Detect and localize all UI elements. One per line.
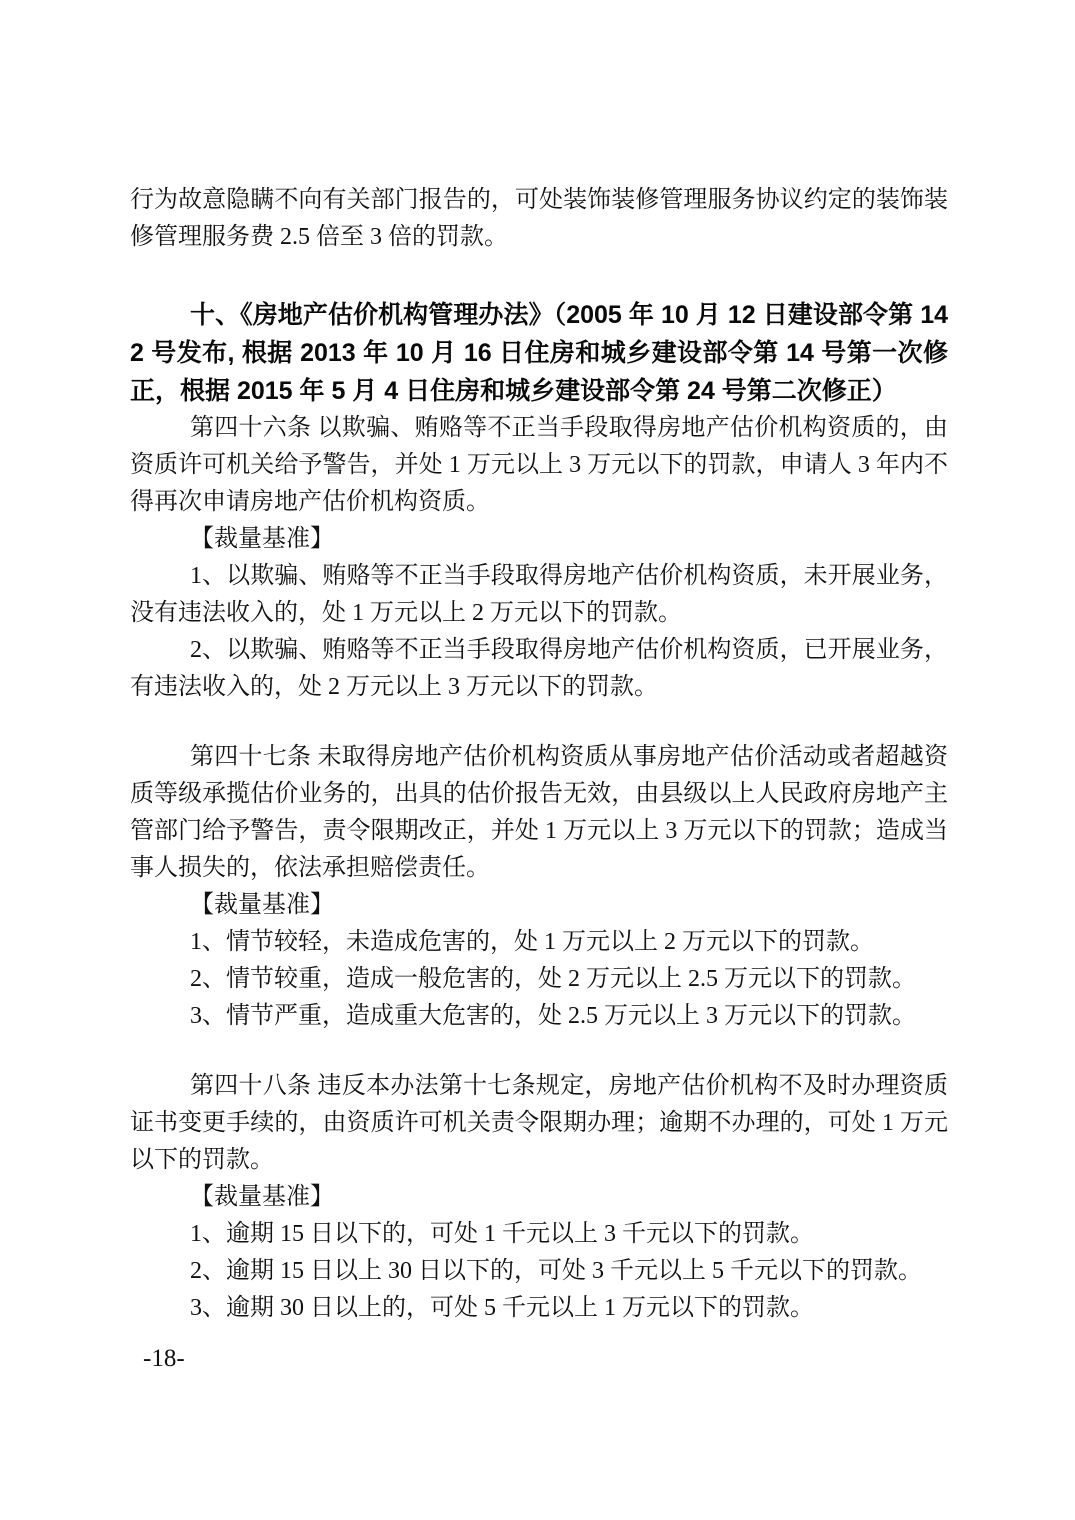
article-48-criteria-item: 1、逾期 15 日以下的，可处 1 千元以上 3 千元以下的罚款。 (130, 1216, 948, 1253)
article-48-criteria-label: 【裁量基准】 (130, 1179, 948, 1216)
article-47-criteria-item: 3、情节严重，造成重大危害的，处 2.5 万元以上 3 万元以下的罚款。 (130, 998, 948, 1035)
article-46-body: 第四十六条 以欺骗、贿赂等不正当手段取得房地产估价机构资质的，由资质许可机关给予… (130, 410, 948, 521)
article-48-body: 第四十八条 违反本办法第十七条规定，房地产估价机构不及时办理资质证书变更手续的，… (130, 1068, 948, 1179)
article-48-criteria-item: 2、逾期 15 日以上 30 日以下的，可处 3 千元以上 5 千元以下的罚款。 (130, 1253, 948, 1290)
article-46-criteria-item: 1、以欺骗、贿赂等不正当手段取得房地产估价机构资质，未开展业务，没有违法收入的，… (130, 558, 948, 632)
article-46-criteria-item: 2、以欺骗、贿赂等不正当手段取得房地产估价机构资质，已开展业务，有违法收入的，处… (130, 632, 948, 706)
document-body: 行为故意隐瞒不向有关部门报告的，可处装饰装修管理服务协议约定的装饰装修管理服务费… (130, 182, 948, 1327)
article-47-body: 第四十七条 未取得房地产估价机构资质从事房地产估价活动或者超越资质等级承揽估价业… (130, 739, 948, 887)
article-47-criteria-item: 1、情节较轻，未造成危害的，处 1 万元以上 2 万元以下的罚款。 (130, 924, 948, 961)
article-47-criteria-item: 2、情节较重，造成一般危害的，处 2 万元以上 2.5 万元以下的罚款。 (130, 961, 948, 998)
document-page: 行为故意隐瞒不向有关部门报告的，可处装饰装修管理服务协议约定的装饰装修管理服务费… (0, 0, 1075, 1520)
article-47-criteria-label: 【裁量基准】 (130, 887, 948, 924)
article-46-criteria-label: 【裁量基准】 (130, 521, 948, 558)
page-number: -18- (143, 1344, 185, 1374)
section-heading: 十、《房地产估价机构管理办法》（2005 年 10 月 12 日建设部令第 14… (130, 296, 948, 410)
continuation-paragraph: 行为故意隐瞒不向有关部门报告的，可处装饰装修管理服务协议约定的装饰装修管理服务费… (130, 182, 948, 256)
article-48-criteria-item: 3、逾期 30 日以上的，可处 5 千元以上 1 万元以下的罚款。 (130, 1290, 948, 1327)
